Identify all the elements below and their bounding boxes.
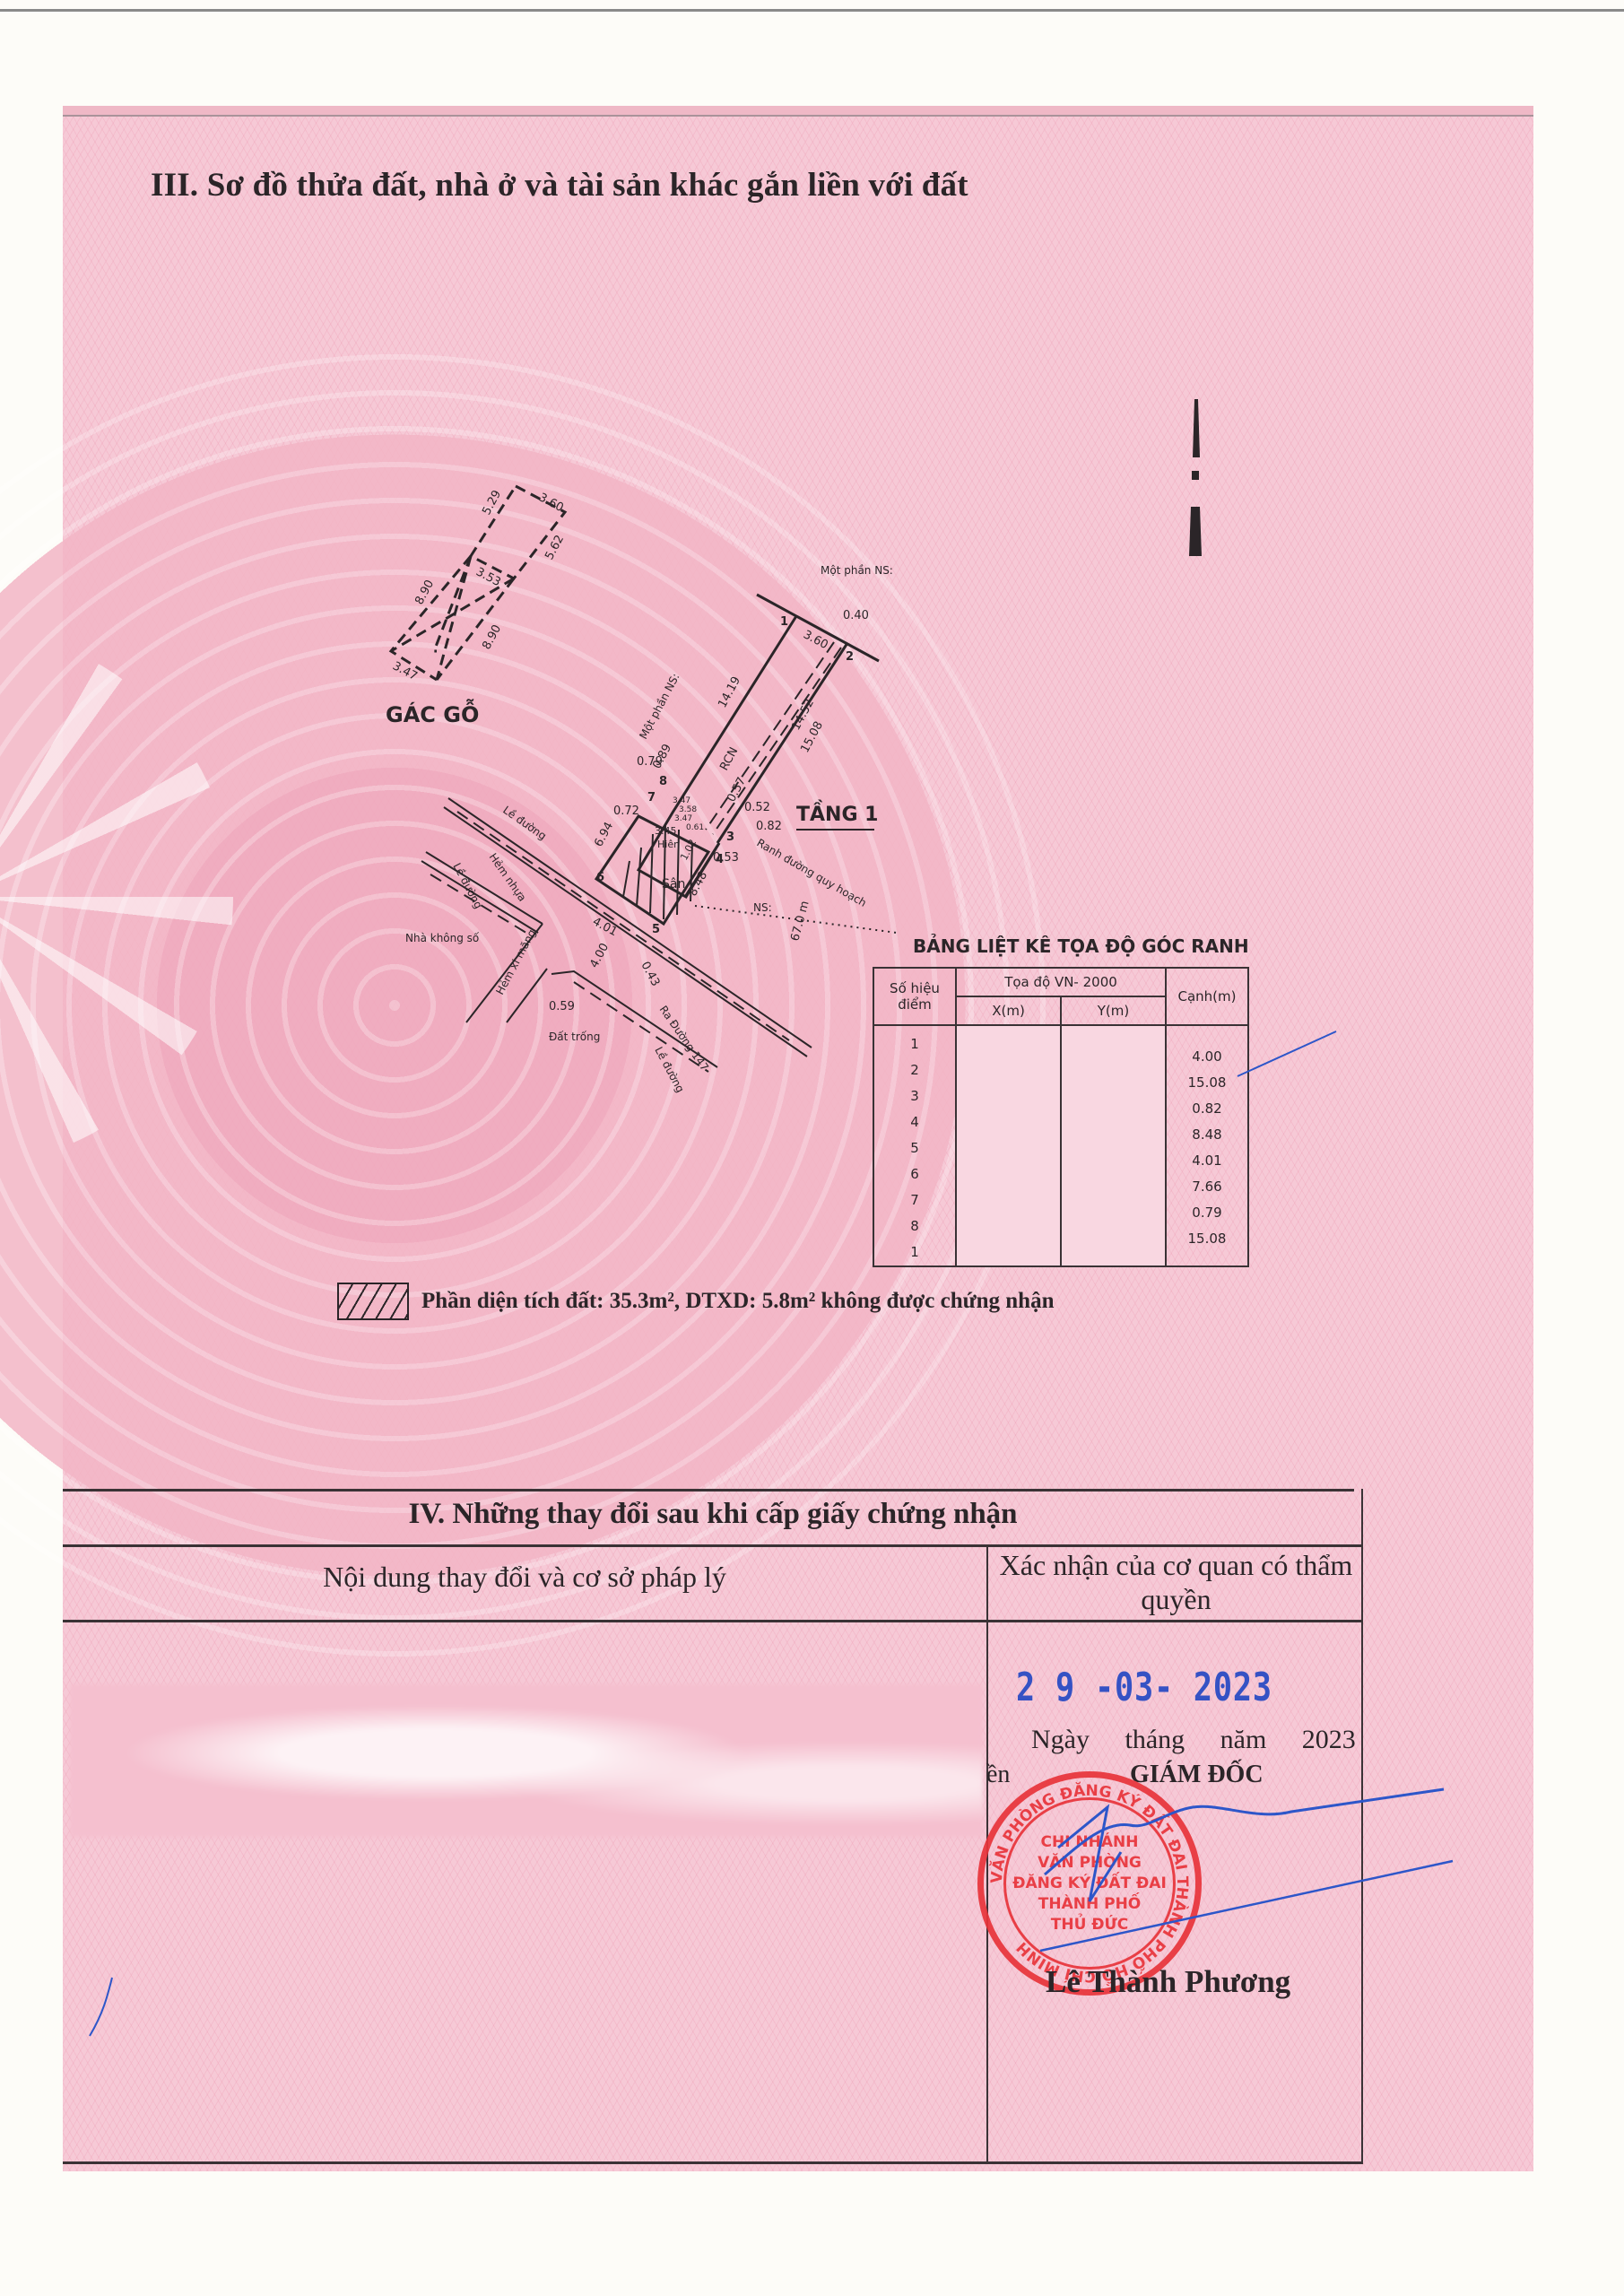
svg-text:1.02: 1.02 xyxy=(678,838,699,863)
svg-text:8.48: 8.48 xyxy=(686,869,710,899)
edge-length: 8.48 xyxy=(1167,1122,1247,1148)
point-number: 5 xyxy=(874,1135,955,1161)
point-number: 2 xyxy=(874,1057,955,1083)
svg-text:6: 6 xyxy=(596,871,604,884)
svg-text:8: 8 xyxy=(659,775,667,788)
point-number: 7 xyxy=(874,1187,955,1213)
legend-text: Phần diện tích đất: 35.3m², DTXD: 5.8m² … xyxy=(421,1289,1054,1314)
edge-length: 15.08 xyxy=(1167,1070,1247,1096)
point-number: 6 xyxy=(874,1161,955,1187)
edge-length: 15.08 xyxy=(1167,1226,1247,1252)
divider xyxy=(63,1544,1363,1547)
change-content-redacted xyxy=(70,1684,983,1837)
svg-text:2: 2 xyxy=(846,650,854,664)
svg-text:3: 3 xyxy=(726,831,734,844)
divider xyxy=(63,1489,1354,1492)
point-number: 8 xyxy=(874,1213,955,1239)
edge-length: 4.00 xyxy=(1167,1044,1247,1070)
hatch-swatch-icon xyxy=(337,1283,409,1320)
svg-text:4.01: 4.01 xyxy=(590,915,620,939)
point-number: 4 xyxy=(874,1109,955,1135)
point-number: 3 xyxy=(874,1083,955,1109)
svg-text:Lề đường: Lề đường xyxy=(652,1045,686,1095)
svg-text:3.45: 3.45 xyxy=(655,825,677,837)
seal-center: CHI NHÁNH VĂN PHÒNG ĐĂNG KÝ ĐẤT ĐAI THÀN… xyxy=(1003,1797,1176,1970)
svg-text:Ranh đường quy hoạch: Ranh đường quy hoạch xyxy=(755,836,869,909)
svg-text:4.00: 4.00 xyxy=(587,941,612,970)
content-column-header: Nội dung thay đổi và cơ sở pháp lý xyxy=(63,1561,986,1594)
header-edge: Cạnh(m) xyxy=(1166,968,1248,1025)
header-coord-system: Tọa độ VN- 2000 xyxy=(956,968,1166,996)
svg-text:0.61: 0.61 xyxy=(686,823,704,832)
yard-label: Sân xyxy=(662,877,685,891)
svg-text:0.59: 0.59 xyxy=(549,1000,575,1013)
svg-text:3.47: 3.47 xyxy=(674,814,692,823)
coord-table-title: BẢNG LIỆT KÊ TỌA ĐỘ GÓC RANH xyxy=(913,935,1249,957)
svg-text:0.43: 0.43 xyxy=(638,960,662,989)
ground-floor-label: TẦNG 1 xyxy=(796,800,878,826)
svg-text:3.53: 3.53 xyxy=(473,565,503,589)
svg-text:8.90: 8.90 xyxy=(480,622,504,652)
north-arrow-icon xyxy=(1189,399,1202,556)
svg-text:Lề đường: Lề đường xyxy=(500,804,549,842)
svg-text:6.94: 6.94 xyxy=(592,820,616,849)
svg-text:0.52: 0.52 xyxy=(744,801,770,814)
right-border xyxy=(1361,1489,1363,2163)
header-y: Y(m) xyxy=(1061,996,1166,1025)
svg-text:0.53: 0.53 xyxy=(713,851,739,865)
y-values-redacted xyxy=(1061,1025,1166,1266)
mezzanine-dimensions: 3.60 5.29 5.62 3.53 8.90 8.90 3.47 xyxy=(390,488,567,683)
svg-text:0.82: 0.82 xyxy=(756,820,782,833)
svg-text:3.47: 3.47 xyxy=(673,796,690,805)
svg-text:5.29: 5.29 xyxy=(480,488,504,517)
x-values-redacted xyxy=(956,1025,1061,1266)
svg-text:Một phần NS:: Một phần NS: xyxy=(821,564,893,577)
point-number: 1 xyxy=(874,1031,955,1057)
edge-length: 7.66 xyxy=(1167,1174,1247,1200)
svg-text:0.89: 0.89 xyxy=(650,742,674,771)
svg-text:0.72: 0.72 xyxy=(613,804,639,818)
confirm-column-header: Xác nhận của cơ quan có thẩm quyền xyxy=(989,1548,1363,1616)
signer-name: Lê Thành Phương xyxy=(1046,1964,1290,2000)
svg-text:3.47: 3.47 xyxy=(390,659,420,683)
edge-length: 4.01 xyxy=(1167,1148,1247,1174)
svg-text:Hẻm nhựa: Hẻm nhựa xyxy=(487,851,529,904)
svg-text:1: 1 xyxy=(780,615,788,629)
official-seal: VĂN PHÒNG ĐĂNG KÝ ĐẤT ĐAI THÀNH PHỐ HỒ C… xyxy=(977,1771,1202,1996)
date-stamp: 2 9 -03- 2023 xyxy=(1016,1665,1272,1710)
parcel-boundary xyxy=(638,595,879,897)
mezzanine-plan xyxy=(391,486,565,680)
svg-text:Đất trống: Đất trống xyxy=(549,1031,600,1043)
svg-text:5: 5 xyxy=(652,923,660,936)
edge-list: 4.0015.080.828.484.017.660.7915.08 xyxy=(1166,1025,1248,1266)
header-x: X(m) xyxy=(956,996,1061,1025)
svg-text:7: 7 xyxy=(647,791,656,804)
point-number: 1 xyxy=(874,1239,955,1265)
svg-text:NS:: NS: xyxy=(753,901,772,914)
svg-text:Hiên: Hiên xyxy=(657,839,680,850)
header-point: Số hiệu điểm xyxy=(873,968,956,1025)
edge-length: 0.79 xyxy=(1167,1200,1247,1226)
section4-title: IV. Những thay đổi sau khi cấp giấy chứn… xyxy=(63,1498,1363,1531)
legend: Phần diện tích đất: 35.3m², DTXD: 5.8m² … xyxy=(337,1283,1054,1320)
land-plot-diagram: 3.60 5.29 5.62 3.53 8.90 8.90 3.47 GÁC G… xyxy=(0,0,1624,1300)
bottom-border xyxy=(63,2161,1363,2164)
svg-text:Hẻm xi măng: Hẻm xi măng xyxy=(493,927,538,997)
sign-date: Ngày tháng năm 2023 xyxy=(1031,1725,1356,1755)
edge-length: 0.82 xyxy=(1167,1096,1247,1122)
svg-text:Nhà không số: Nhà không số xyxy=(405,932,480,944)
svg-text:0.40: 0.40 xyxy=(843,609,869,622)
coord-table: Số hiệu điểm Tọa độ VN- 2000 Cạnh(m) X(m… xyxy=(873,967,1249,1267)
svg-text:3.58: 3.58 xyxy=(679,805,697,814)
roads xyxy=(421,798,812,1067)
point-list: 123456781 xyxy=(873,1025,956,1266)
divider xyxy=(63,1620,1363,1622)
point-labels: 1 2 3 4 5 6 7 8 xyxy=(596,615,854,936)
svg-text:RCN: RCN xyxy=(717,745,741,773)
mezzanine-label: GÁC GỖ xyxy=(386,698,479,727)
svg-text:Một phần NS:: Một phần NS: xyxy=(637,671,682,741)
